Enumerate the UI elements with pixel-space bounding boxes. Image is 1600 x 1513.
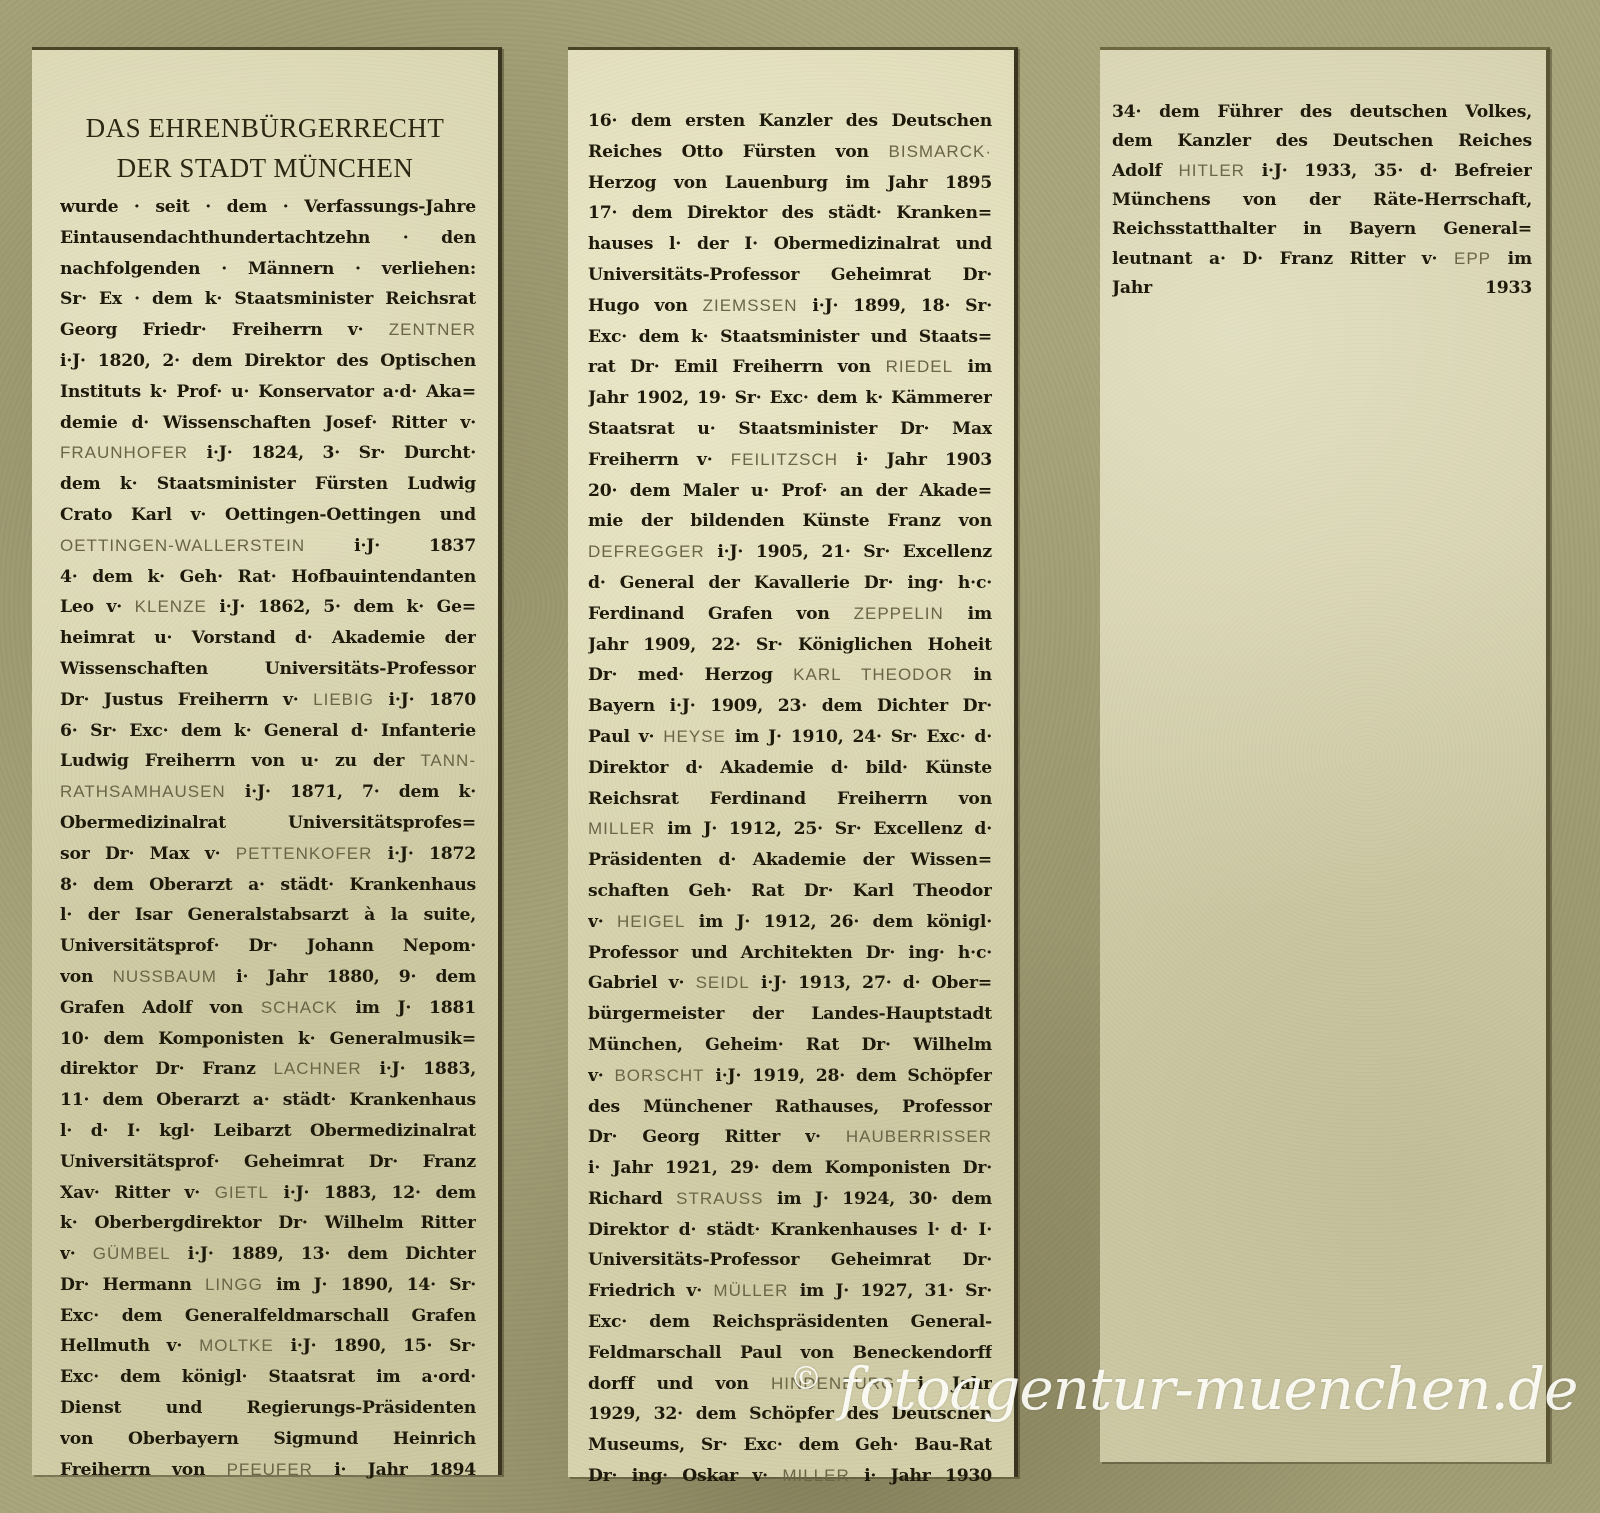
inscription-line: Direktor d· städt· Krankenhauses l· d· I… — [588, 1215, 992, 1246]
inscription-line: 11· dem Oberarzt a· städt· Krankenhaus — [60, 1085, 476, 1116]
inscription-text: Adolf — [1112, 161, 1178, 181]
inscription-line: Sr· Ex · dem k· Staatsminister Reichsrat — [60, 284, 476, 315]
inscription-line: von Oberbayern Sigmund Heinrich — [60, 1424, 476, 1455]
inscription-text: i·J· 1905, 21· Sr· Excellenz — [705, 542, 992, 562]
inscription-line: Instituts k· Prof· u· Konservator a·d· A… — [60, 377, 476, 408]
honoree-name: EPP — [1454, 249, 1491, 268]
inscription-text: Crato Karl v· Oettingen-Oettingen und — [60, 505, 476, 525]
inscription-line: MILLER im J· 1912, 25· Sr· Excellenz d· — [588, 814, 992, 845]
inscription-text: heimrat u· Vorstand d· Akademie der — [60, 628, 476, 648]
inscription-text: im — [953, 357, 992, 377]
inscription-text: dorff und von — [588, 1374, 771, 1394]
inscription-line: dem Kanzler des Deutschen Reiches — [1112, 127, 1532, 156]
inscription-line: Universitätsprof· Geheimrat Dr· Franz — [60, 1147, 476, 1178]
inscription-line: Adolf HITLER i·J· 1933, 35· d· Befreier — [1112, 156, 1532, 186]
inscription-text: i·J· 1870 — [374, 690, 476, 710]
inscription-line: nachfolgenden · Männern · verliehen: — [60, 254, 476, 285]
tablet-1: DAS EHRENBÜRGERRECHT DER STADT MÜNCHEN w… — [32, 47, 502, 1475]
inscription-text: direktor Dr· Franz — [60, 1059, 273, 1079]
inscription-text: dem Kanzler des Deutschen Reiches — [1112, 131, 1532, 151]
inscription-text: i·J· 1871, 7· dem k· — [226, 782, 476, 802]
inscription-line: 10· dem Komponisten k· Generalmusik= — [60, 1024, 476, 1055]
inscription-line: Dr· Hermann LINGG im J· 1890, 14· Sr· — [60, 1270, 476, 1301]
inscription-line: Obermedizinalrat Universitätsprofes= — [60, 808, 476, 839]
inscription-text: Bayern i·J· 1909, 23· dem Dichter Dr· — [588, 696, 992, 716]
inscription-line: Herzog von Lauenburg im Jahr 1895 — [588, 168, 992, 199]
inscription-line: Exc· dem königl· Staatsrat im a·ord· — [60, 1362, 476, 1393]
honoree-name: LIEBIG — [313, 690, 374, 709]
inscription-text: 11· dem Oberarzt a· städt· Krankenhaus — [60, 1090, 476, 1110]
inscription-text: v· — [588, 1066, 614, 1086]
inscription-line: v· GÜMBEL i·J· 1889, 13· dem Dichter — [60, 1239, 476, 1270]
honoree-name: HEIGEL — [617, 912, 685, 931]
inscription-text: nachfolgenden · Männern · verliehen: — [60, 259, 476, 279]
inscription-line: Universitäts-Professor Geheimrat Dr· — [588, 260, 992, 291]
inscription-line: v· BORSCHT i·J· 1919, 28· dem Schöpfer — [588, 1061, 992, 1092]
inscription-text: im — [944, 604, 992, 624]
inscription-text: i·J· 1862, 5· dem k· Ge= — [207, 597, 476, 617]
inscription-line: von NUSSBAUM i· Jahr 1880, 9· dem — [60, 962, 476, 993]
inscription-text: Professor und Architekten Dr· ing· h·c· — [588, 943, 992, 963]
inscription-text: Exc· dem Generalfeldmarschall Grafen — [60, 1306, 476, 1326]
inscription-text: im J· 1927, 31· Sr· — [788, 1281, 992, 1301]
inscription-line: Dr· ing· Oskar v· MILLER i· Jahr 1930 — [588, 1461, 992, 1492]
tablet-2-text: 16· dem ersten Kanzler des DeutschenReic… — [588, 106, 992, 1492]
inscription-text: des Münchener Rathauses, Professor — [588, 1097, 992, 1117]
inscription-text: i·J· 1919, 28· dem Schöpfer — [705, 1066, 992, 1086]
honoree-name: MILLER — [782, 1466, 849, 1485]
inscription-text: i· Jahr 1894 — [313, 1460, 476, 1480]
inscription-line: Dr· Justus Freiherrn v· LIEBIG i·J· 1870 — [60, 685, 476, 716]
inscription-text: Dr· Justus Freiherrn v· — [60, 690, 313, 710]
inscription-line: Xav· Ritter v· GIETL i·J· 1883, 12· dem — [60, 1178, 476, 1209]
inscription-text: Herzog von Lauenburg im Jahr 1895 — [588, 173, 992, 193]
honoree-name: PFEUFER — [227, 1460, 313, 1479]
inscription-line: Freiherrn v· FEILITZSCH i· Jahr 1903 — [588, 445, 992, 476]
inscription-text: i·J· 1889, 13· dem Dichter — [171, 1244, 476, 1264]
inscription-line: demie d· Wissenschaften Josef· Ritter v· — [60, 408, 476, 439]
tablet-2: 16· dem ersten Kanzler des DeutschenReic… — [568, 47, 1018, 1477]
inscription-text: im J· 1912, 25· Sr· Excellenz d· — [655, 819, 992, 839]
inscription-line: Reiches Otto Fürsten von BISMARCK· — [588, 137, 992, 168]
inscription-text: Friedrich v· — [588, 1281, 713, 1301]
inscription-text: 10· dem Komponisten k· Generalmusik= — [60, 1029, 476, 1049]
inscription-text: hauses l· der I· Obermedizinalrat und — [588, 234, 992, 254]
inscription-text: Gabriel v· — [588, 973, 696, 993]
watermark: ©fotoagentur-muenchen.de — [790, 1355, 1577, 1423]
inscription-text: Leo v· — [60, 597, 135, 617]
inscription-line: i·J· 1820, 2· dem Direktor des Optischen — [60, 346, 476, 377]
honoree-name: HAUBERRISSER — [846, 1127, 992, 1146]
inscription-line: hauses l· der I· Obermedizinalrat und — [588, 229, 992, 260]
inscription-text: Reiches Otto Fürsten von — [588, 142, 889, 162]
honoree-name: FRAUNHOFER — [60, 443, 188, 462]
inscription-line: mie der bildenden Künste Franz von — [588, 506, 992, 537]
inscription-text: Direktor d· städt· Krankenhauses l· d· I… — [588, 1220, 992, 1240]
inscription-line: des Münchener Rathauses, Professor — [588, 1092, 992, 1123]
inscription-line: 17· dem Direktor des städt· Kranken= — [588, 198, 992, 229]
inscription-text: Freiherrn von — [60, 1460, 227, 1480]
inscription-line: Gabriel v· SEIDL i·J· 1913, 27· d· Ober= — [588, 968, 992, 999]
inscription-line: RATHSAMHAUSEN i·J· 1871, 7· dem k· — [60, 777, 476, 808]
inscription-text: Eintausendachthundertachtzehn · den — [60, 228, 476, 248]
inscription-text: Reichsstatthalter in Bayern General= — [1112, 219, 1532, 239]
tablet-3-text: 34· dem Führer des deutschen Volkes,dem … — [1112, 98, 1532, 303]
inscription-text: Staatsrat u· Staatsminister Dr· Max — [588, 419, 992, 439]
inscription-text: v· — [60, 1244, 93, 1264]
inscription-line: München, Geheim· Rat Dr· Wilhelm — [588, 1030, 992, 1061]
honoree-name: ZEPPELIN — [854, 604, 944, 623]
inscription-text: 6· Sr· Exc· dem k· General d· Infanterie — [60, 721, 476, 741]
heading-line-1: DAS EHRENBÜRGERRECHT — [32, 108, 498, 148]
inscription-text: 17· dem Direktor des städt· Kranken= — [588, 203, 992, 223]
inscription-text: Universitäts-Professor Geheimrat Dr· — [588, 265, 992, 285]
inscription-text: Freiherrn v· — [588, 450, 731, 470]
inscription-text: bürgermeister der Landes-Hauptstadt — [588, 1004, 992, 1024]
honoree-name: RATHSAMHAUSEN — [60, 782, 226, 801]
tablet-1-text: wurde · seit · dem · Verfassungs-JahreEi… — [60, 192, 476, 1485]
inscription-text: Georg Friedr· Freiherrn v· — [60, 320, 389, 340]
inscription-text: 4· dem k· Geh· Rat· Hofbauintendanten — [60, 567, 476, 587]
inscription-text: d· General der Kavallerie Dr· ing· h·c· — [588, 573, 992, 593]
inscription-line: 8· dem Oberarzt a· städt· Krankenhaus — [60, 870, 476, 901]
inscription-line: d· General der Kavallerie Dr· ing· h·c· — [588, 568, 992, 599]
inscription-text: mie der bildenden Künste Franz von — [588, 511, 992, 531]
inscription-text: Instituts k· Prof· u· Konservator a·d· A… — [60, 382, 476, 402]
inscription-text: Hellmuth v· — [60, 1336, 199, 1356]
inscription-text: Dr· ing· Oskar v· — [588, 1466, 782, 1486]
inscription-line: 4· dem k· Geh· Rat· Hofbauintendanten — [60, 562, 476, 593]
inscription-text: i·J· 1899, 18· Sr· — [798, 296, 992, 316]
inscription-text: Universitäts-Professor Geheimrat Dr· — [588, 1250, 992, 1270]
inscription-text: i·J· 1890, 15· Sr· — [274, 1336, 476, 1356]
inscription-line: OETTINGEN-WALLERSTEIN i·J· 1837 — [60, 531, 476, 562]
inscription-text: Jahr 1909, 22· Sr· Königlichen Hoheit — [588, 635, 992, 655]
inscription-text: Dr· Georg Ritter v· — [588, 1127, 846, 1147]
inscription-text: l· der Isar Generalstabsarzt à la suite, — [60, 905, 476, 925]
inscription-text: Jahr 1933 — [1112, 278, 1532, 298]
inscription-text: wurde · seit · dem · Verfassungs-Jahre — [60, 197, 476, 217]
inscription-text: 8· dem Oberarzt a· städt· Krankenhaus — [60, 875, 476, 895]
inscription-line: Dr· med· Herzog KARL THEODOR in — [588, 660, 992, 691]
honoree-name: GIETL — [215, 1183, 269, 1202]
inscription-text: Museums, Sr· Exc· dem Geh· Bau-Rat — [588, 1435, 992, 1455]
inscription-line: i· Jahr 1921, 29· dem Komponisten Dr· — [588, 1153, 992, 1184]
inscription-text: Obermedizinalrat Universitätsprofes= — [60, 813, 476, 833]
tablet-heading: DAS EHRENBÜRGERRECHT DER STADT MÜNCHEN — [32, 108, 498, 188]
inscription-line: Jahr 1933 — [1112, 274, 1532, 303]
honoree-name: OETTINGEN-WALLERSTEIN — [60, 536, 305, 555]
honoree-name: RIEDEL — [886, 357, 953, 376]
inscription-text: Jahr 1902, 19· Sr· Exc· dem k· Kämmerer — [588, 388, 992, 408]
inscription-text: i· Jahr 1903 — [838, 450, 992, 470]
inscription-text: Exc· dem königl· Staatsrat im a·ord· — [60, 1367, 476, 1387]
inscription-line: Paul v· HEYSE im J· 1910, 24· Sr· Exc· d… — [588, 722, 992, 753]
inscription-text: i· Jahr 1930 — [850, 1466, 992, 1486]
inscription-text: sor Dr· Max v· — [60, 844, 236, 864]
honoree-name: FEILITZSCH — [731, 450, 838, 469]
inscription-line: Dienst und Regierungs-Präsidenten — [60, 1393, 476, 1424]
inscription-text: Dr· med· Herzog — [588, 665, 793, 685]
inscription-text: Exc· dem k· Staatsminister und Staats= — [588, 327, 992, 347]
heading-line-2: DER STADT MÜNCHEN — [32, 148, 498, 188]
inscription-line: Exc· dem Generalfeldmarschall Grafen — [60, 1301, 476, 1332]
inscription-text: Paul v· — [588, 727, 663, 747]
inscription-text: im J· 1881 — [338, 998, 476, 1018]
inscription-line: Richard STRAUSS im J· 1924, 30· dem — [588, 1184, 992, 1215]
inscription-text: i·J· 1837 — [305, 536, 476, 556]
inscription-text: Präsidenten d· Akademie der Wissen= — [588, 850, 992, 870]
inscription-text: Hugo von — [588, 296, 703, 316]
inscription-text: von Oberbayern Sigmund Heinrich — [60, 1429, 476, 1449]
honoree-name: HITLER — [1178, 161, 1244, 180]
inscription-line: Hugo von ZIEMSSEN i·J· 1899, 18· Sr· — [588, 291, 992, 322]
inscription-line: Exc· dem Reichspräsidenten General- — [588, 1307, 992, 1338]
inscription-line: v· HEIGEL im J· 1912, 26· dem königl· — [588, 907, 992, 938]
inscription-text: Reichsrat Ferdinand Freiherrn von — [588, 789, 992, 809]
inscription-text: 16· dem ersten Kanzler des Deutschen — [588, 111, 992, 131]
inscription-text: k· Oberbergdirektor Dr· Wilhelm Ritter — [60, 1213, 476, 1233]
inscription-line: k· Oberbergdirektor Dr· Wilhelm Ritter — [60, 1208, 476, 1239]
inscription-line: Grafen Adolf von SCHACK im J· 1881 — [60, 993, 476, 1024]
inscription-line: Dr· Georg Ritter v· HAUBERRISSER — [588, 1122, 992, 1153]
inscription-line: leutnant a· D· Franz Ritter v· EPP im — [1112, 244, 1532, 274]
honoree-name: HEYSE — [663, 727, 726, 746]
inscription-line: Friedrich v· MÜLLER im J· 1927, 31· Sr· — [588, 1276, 992, 1307]
inscription-text: von — [60, 967, 113, 987]
honoree-name: STRAUSS — [676, 1189, 763, 1208]
inscription-text: in — [953, 665, 992, 685]
inscription-line: Ferdinand Grafen von ZEPPELIN im — [588, 599, 992, 630]
inscription-line: sor Dr· Max v· PETTENKOFER i·J· 1872 — [60, 839, 476, 870]
inscription-text: Xav· Ritter v· — [60, 1183, 215, 1203]
inscription-text: Grafen Adolf von — [60, 998, 261, 1018]
inscription-line: Universitätsprof· Dr· Johann Nepom· — [60, 931, 476, 962]
inscription-line: Jahr 1902, 19· Sr· Exc· dem k· Kämmerer — [588, 383, 992, 414]
inscription-line: l· d· I· kgl· Leibarzt Obermedizinalrat — [60, 1116, 476, 1147]
inscription-text: Münchens von der Räte-Herrschaft, — [1112, 190, 1532, 210]
inscription-text: i·J· 1883, 12· dem — [269, 1183, 476, 1203]
inscription-line: DEFREGGER i·J· 1905, 21· Sr· Excellenz — [588, 537, 992, 568]
honoree-name: MÜLLER — [713, 1281, 788, 1300]
inscription-line: 16· dem ersten Kanzler des Deutschen — [588, 106, 992, 137]
inscription-line: bürgermeister der Landes-Hauptstadt — [588, 999, 992, 1030]
inscription-line: direktor Dr· Franz LACHNER i·J· 1883, — [60, 1054, 476, 1085]
inscription-text: i·J· 1824, 3· Sr· Durcht· — [188, 443, 476, 463]
inscription-line: Crato Karl v· Oettingen-Oettingen und — [60, 500, 476, 531]
inscription-line: 20· dem Maler u· Prof· an der Akade= — [588, 476, 992, 507]
inscription-text: München, Geheim· Rat Dr· Wilhelm — [588, 1035, 992, 1055]
honoree-name: LINGG — [205, 1275, 263, 1294]
inscription-line: Universitäts-Professor Geheimrat Dr· — [588, 1245, 992, 1276]
inscription-text: leutnant a· D· Franz Ritter v· — [1112, 249, 1454, 269]
honoree-name: TANN- — [420, 751, 476, 770]
inscription-line: Exc· dem k· Staatsminister und Staats= — [588, 322, 992, 353]
inscription-text: im J· 1924, 30· dem — [763, 1189, 992, 1209]
tablet-3: 34· dem Führer des deutschen Volkes,dem … — [1100, 47, 1550, 1462]
inscription-line: Wissenschaften Universitäts-Professor — [60, 654, 476, 685]
inscription-text: i· Jahr 1921, 29· dem Komponisten Dr· — [588, 1158, 992, 1178]
honoree-name: ZIEMSSEN — [703, 296, 798, 315]
honoree-name: SCHACK — [261, 998, 338, 1017]
inscription-line: Georg Friedr· Freiherrn v· ZENTNER — [60, 315, 476, 346]
inscription-line: Reichsstatthalter in Bayern General= — [1112, 215, 1532, 244]
honoree-name: ZENTNER — [389, 320, 476, 339]
inscription-line: wurde · seit · dem · Verfassungs-Jahre — [60, 192, 476, 223]
inscription-line: Hellmuth v· MOLTKE i·J· 1890, 15· Sr· — [60, 1331, 476, 1362]
inscription-line: Präsidenten d· Akademie der Wissen= — [588, 845, 992, 876]
inscription-text: Ludwig Freiherrn von u· zu der — [60, 751, 420, 771]
honoree-name: SEIDL — [696, 973, 750, 992]
inscription-line: Freiherrn von PFEUFER i· Jahr 1894 — [60, 1455, 476, 1486]
inscription-text: Sr· Ex · dem k· Staatsminister Reichsrat — [60, 289, 476, 309]
inscription-line: Direktor d· Akademie d· bild· Künste — [588, 753, 992, 784]
inscription-text: Dienst und Regierungs-Präsidenten — [60, 1398, 476, 1418]
inscription-text: i·J· 1872 — [372, 844, 476, 864]
inscription-text: demie d· Wissenschaften Josef· Ritter v· — [60, 413, 476, 433]
honoree-name: MILLER — [588, 819, 655, 838]
inscription-line: Eintausendachthundertachtzehn · den — [60, 223, 476, 254]
inscription-line: Professor und Architekten Dr· ing· h·c· — [588, 938, 992, 969]
inscription-text: rat Dr· Emil Freiherrn von — [588, 357, 886, 377]
honoree-name: NUSSBAUM — [113, 967, 217, 986]
honoree-name: PETTENKOFER — [236, 844, 373, 863]
honoree-name: BISMARCK· — [889, 142, 992, 161]
inscription-text: Exc· dem Reichspräsidenten General- — [588, 1312, 992, 1332]
inscription-text: im — [1491, 249, 1532, 269]
inscription-text: i·J· 1820, 2· dem Direktor des Optischen — [60, 351, 476, 371]
inscription-line: Museums, Sr· Exc· dem Geh· Bau-Rat — [588, 1430, 992, 1461]
inscription-line: heimrat u· Vorstand d· Akademie der — [60, 623, 476, 654]
inscription-line: Ludwig Freiherrn von u· zu der TANN- — [60, 746, 476, 777]
inscription-line: 34· dem Führer des deutschen Volkes, — [1112, 98, 1532, 127]
inscription-text: i·J· 1913, 27· d· Ober= — [750, 973, 992, 993]
inscription-line: schaften Geh· Rat Dr· Karl Theodor — [588, 876, 992, 907]
honoree-name: GÜMBEL — [93, 1244, 171, 1263]
inscription-text: im J· 1910, 24· Sr· Exc· d· — [726, 727, 992, 747]
inscription-text: v· — [588, 912, 617, 932]
inscription-text: Dr· Hermann — [60, 1275, 205, 1295]
inscription-text: i· Jahr 1880, 9· dem — [217, 967, 476, 987]
inscription-line: Leo v· KLENZE i·J· 1862, 5· dem k· Ge= — [60, 592, 476, 623]
inscription-text: Universitätsprof· Geheimrat Dr· Franz — [60, 1152, 476, 1172]
copyright-icon: © — [790, 1359, 821, 1397]
inscription-line: Münchens von der Räte-Herrschaft, — [1112, 186, 1532, 215]
inscription-text: Richard — [588, 1189, 676, 1209]
honoree-name: LACHNER — [273, 1059, 361, 1078]
honoree-name: DEFREGGER — [588, 542, 705, 561]
inscription-line: Jahr 1909, 22· Sr· Königlichen Hoheit — [588, 630, 992, 661]
inscription-text: im J· 1912, 26· dem königl· — [685, 912, 992, 932]
inscription-line: FRAUNHOFER i·J· 1824, 3· Sr· Durcht· — [60, 438, 476, 469]
inscription-text: Universitätsprof· Dr· Johann Nepom· — [60, 936, 476, 956]
inscription-text: i·J· 1883, — [362, 1059, 476, 1079]
inscription-text: Wissenschaften Universitäts-Professor — [60, 659, 476, 679]
honoree-name: MOLTKE — [199, 1336, 274, 1355]
inscription-line: l· der Isar Generalstabsarzt à la suite, — [60, 900, 476, 931]
inscription-text: Direktor d· Akademie d· bild· Künste — [588, 758, 992, 778]
honoree-name: KARL THEODOR — [793, 665, 953, 684]
inscription-line: Reichsrat Ferdinand Freiherrn von — [588, 784, 992, 815]
inscription-text: schaften Geh· Rat Dr· Karl Theodor — [588, 881, 992, 901]
inscription-text: l· d· I· kgl· Leibarzt Obermedizinalrat — [60, 1121, 476, 1141]
inscription-text: 20· dem Maler u· Prof· an der Akade= — [588, 481, 992, 501]
honoree-name: BORSCHT — [614, 1066, 704, 1085]
inscription-line: Staatsrat u· Staatsminister Dr· Max — [588, 414, 992, 445]
inscription-text: i·J· 1933, 35· d· Befreier — [1245, 161, 1532, 181]
inscription-text: dem k· Staatsminister Fürsten Ludwig — [60, 474, 476, 494]
inscription-line: rat Dr· Emil Freiherrn von RIEDEL im — [588, 352, 992, 383]
inscription-text: Ferdinand Grafen von — [588, 604, 854, 624]
inscription-line: Bayern i·J· 1909, 23· dem Dichter Dr· — [588, 691, 992, 722]
inscription-text: 34· dem Führer des deutschen Volkes, — [1112, 102, 1532, 122]
inscription-line: 6· Sr· Exc· dem k· General d· Infanterie — [60, 716, 476, 747]
watermark-text: fotoagentur-muenchen.de — [839, 1355, 1577, 1423]
inscription-line: dem k· Staatsminister Fürsten Ludwig — [60, 469, 476, 500]
inscription-text: im J· 1890, 14· Sr· — [263, 1275, 476, 1295]
honoree-name: KLENZE — [135, 597, 207, 616]
